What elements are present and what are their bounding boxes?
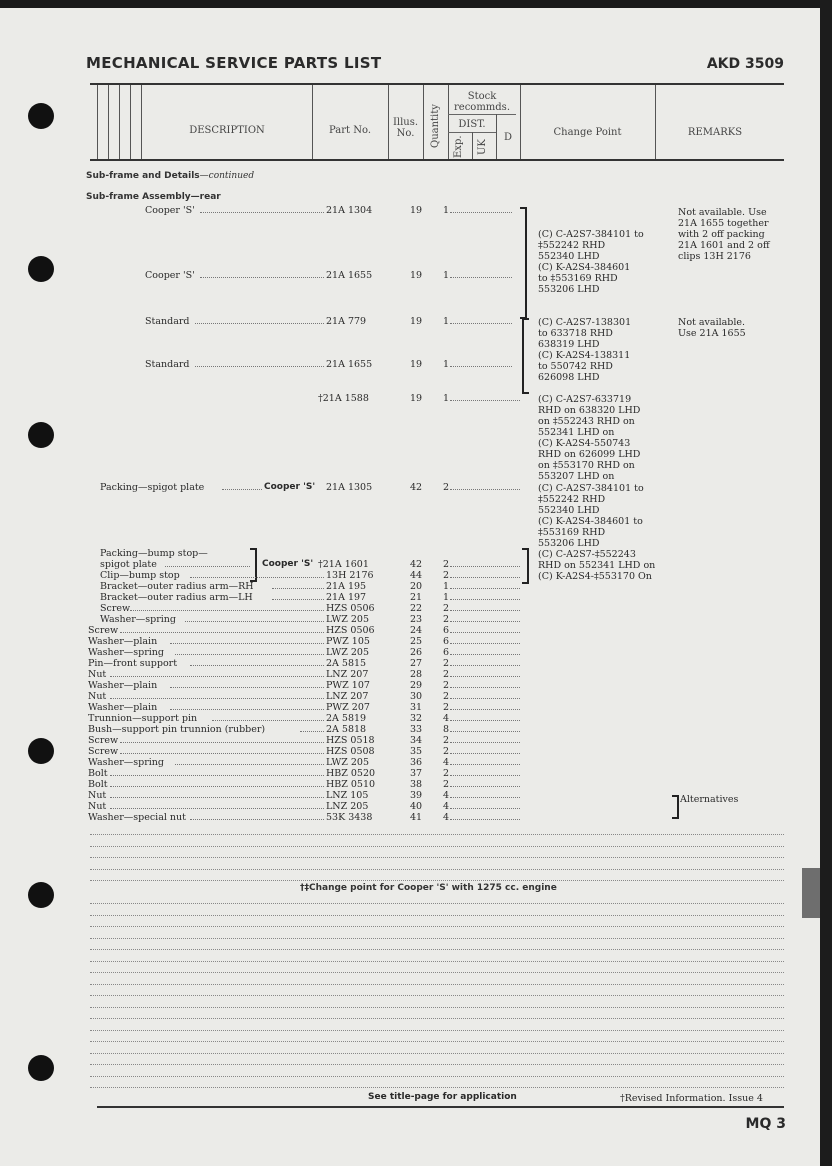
table-row: Cooper 'S' 21A 1655191	[0, 270, 520, 281]
table-row: Cooper 'S' 21A 1304191	[0, 205, 520, 216]
change-point-block: (C) C-A2S7-384101 to‡552242 RHD552340 LH…	[538, 229, 644, 295]
table-row: NutLNZ 105394	[0, 790, 520, 801]
col-change-point: Change Point	[520, 127, 655, 138]
footnote: †‡Change point for Cooper 'S' with 1275 …	[300, 883, 557, 893]
table-row: NutLNZ 205404	[0, 801, 520, 812]
page-thumb-tab	[802, 868, 820, 918]
table-row: Standard 21A 779191	[0, 316, 520, 327]
footer-revision-note: †Revised Information. Issue 4	[620, 1093, 763, 1104]
table-row: Washer—plainPWZ 207312	[0, 702, 520, 713]
section-heading: Sub-frame and Details—continued	[86, 171, 254, 181]
col-uk: UK	[477, 139, 488, 155]
binder-hole	[28, 422, 54, 448]
col-stock-2: recommds.	[448, 102, 516, 113]
bracket	[522, 318, 529, 394]
table-row: Packing—bump stop—	[0, 548, 520, 559]
table-row: †21A 1588191	[0, 393, 520, 404]
table-row: Bush—support pin trunnion (rubber)2A 581…	[0, 724, 520, 735]
table-row: Bracket—outer radius arm—LH21A 197211	[0, 592, 520, 603]
table-row: BoltHBZ 0510382	[0, 779, 520, 790]
table-row: NutLNZ 207282	[0, 669, 520, 680]
table-row: ScrewHZS 0506222	[0, 603, 520, 614]
table-row: Washer—plainPWZ 107292	[0, 680, 520, 691]
table-row: NutLNZ 207302	[0, 691, 520, 702]
binder-hole	[28, 103, 54, 129]
table-row: Washer—plainPWZ 105256	[0, 636, 520, 647]
table-row: Bracket—outer radius arm—RH21A 195201	[0, 581, 520, 592]
binder-hole	[28, 882, 54, 908]
header-bottom-rule	[90, 159, 784, 161]
table-row: ScrewHZS 0508352	[0, 746, 520, 757]
col-exp: Exp.	[453, 135, 464, 158]
col-dist: DIST.	[448, 119, 496, 130]
bracket	[520, 207, 527, 319]
table-row: spigot plate Cooper 'S' †21A 1601422	[0, 559, 520, 570]
col-illus-1: Illus.	[388, 117, 423, 128]
binder-hole	[28, 1055, 54, 1081]
table-row: ScrewHZS 0506246	[0, 625, 520, 636]
bracket	[672, 795, 679, 819]
table-row: Washer—springLWZ 205232	[0, 614, 520, 625]
col-stock-1: Stock	[448, 91, 516, 102]
header-top-rule	[90, 83, 784, 85]
table-row: Trunnion—support pin2A 5819324	[0, 713, 520, 724]
remark: Not available. Use21A 1655 togetherwith …	[678, 207, 770, 262]
change-point-block: (C) C-A2S7-‡552243RHD on 552341 LHD on(C…	[538, 549, 655, 582]
footer-application-note: See title-page for application	[368, 1092, 517, 1102]
change-point-block: (C) C-A2S7-633719RHD on 638320 LHDon ‡55…	[538, 394, 640, 482]
change-point-block: (C) C-A2S7-384101 to‡552242 RHD552340 LH…	[538, 483, 644, 549]
page-title: MECHANICAL SERVICE PARTS LIST	[86, 54, 381, 72]
col-part-no: Part No.	[312, 125, 388, 136]
table-row: ScrewHZS 0518342	[0, 735, 520, 746]
table-row: Washer—springLWZ 205266	[0, 647, 520, 658]
scan-top-edge	[0, 0, 832, 8]
col-remarks: REMARKS	[655, 127, 775, 138]
change-point-block: (C) C-A2S7-138301to 633718 RHD638319 LHD…	[538, 317, 631, 383]
remark-alternatives: Alternatives	[680, 794, 738, 805]
table-row: Clip—bump stop13H 2176442	[0, 570, 520, 581]
col-illus-2: No.	[388, 128, 423, 139]
table-row: Packing—spigot plate Cooper 'S' 21A 1305…	[0, 482, 520, 493]
table-row: BoltHBZ 0520372	[0, 768, 520, 779]
footer-rule	[97, 1106, 784, 1108]
table-row: Standard 21A 1655191	[0, 359, 520, 370]
document-code: AKD 3509	[707, 56, 784, 72]
table-row: Washer—special nut53K 3438414	[0, 812, 520, 823]
page-number: MQ 3	[746, 1116, 786, 1132]
subsection-heading: Sub-frame Assembly—rear	[86, 192, 221, 202]
col-quantity: Quantity	[430, 104, 441, 148]
bracket	[522, 548, 529, 584]
remark: Not available.Use 21A 1655	[678, 317, 746, 339]
table-row: Pin—front support2A 5815272	[0, 658, 520, 669]
table-row: Washer—springLWZ 205364	[0, 757, 520, 768]
col-description: DESCRIPTION	[142, 125, 312, 136]
scan-right-edge	[820, 0, 832, 1166]
col-d: D	[496, 132, 520, 143]
